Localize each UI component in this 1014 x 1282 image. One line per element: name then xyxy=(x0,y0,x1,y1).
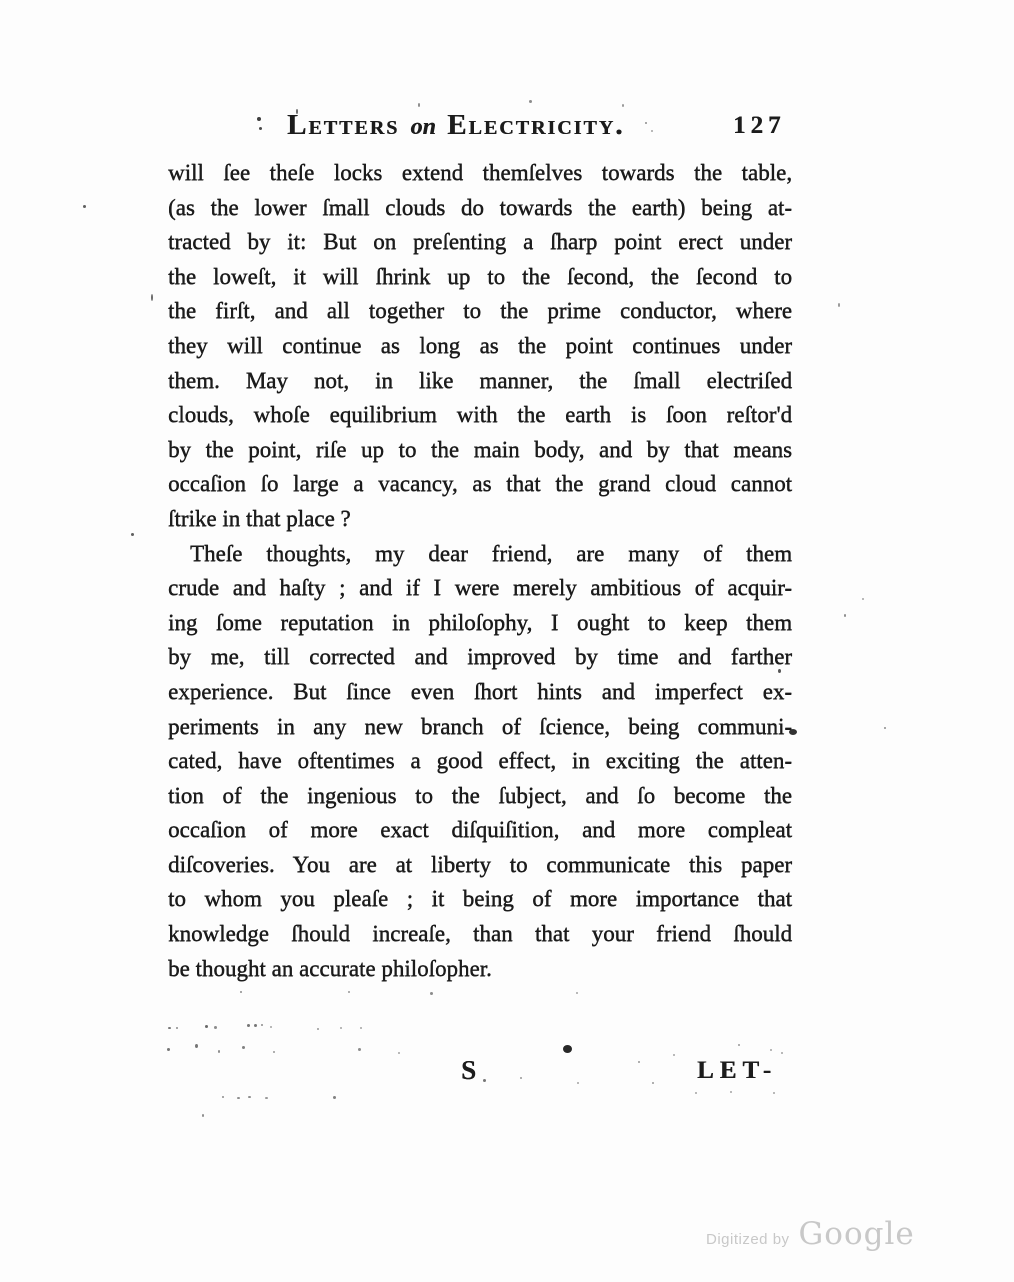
scan-speck xyxy=(520,1077,522,1079)
scan-speck xyxy=(270,1026,272,1028)
text-line: them. May not, in like manner, the ſmall… xyxy=(168,364,792,399)
scan-speck xyxy=(770,1049,772,1051)
scan-speck xyxy=(237,1097,240,1099)
text-line: will ſee theſe locks extend themſelves t… xyxy=(168,156,792,191)
scan-speck xyxy=(340,1027,342,1029)
scan-speck xyxy=(398,1052,400,1054)
scan-speck xyxy=(730,1091,732,1093)
scan-speck xyxy=(248,1096,251,1098)
scan-speck xyxy=(214,1026,217,1029)
text-line: they will continue as long as the point … xyxy=(168,329,792,364)
scan-speck xyxy=(838,303,840,307)
text-line: occaſion ſo large a vacancy, as that the… xyxy=(168,467,792,502)
scan-speck xyxy=(358,1048,361,1051)
scan-speck xyxy=(167,1048,170,1051)
scan-speck xyxy=(577,1082,579,1084)
text-line: knowledge ſhould increaſe, than that you… xyxy=(168,917,792,952)
scan-speck xyxy=(622,104,624,107)
scan-speck xyxy=(254,1024,257,1027)
digitized-by-google-watermark: Digitized by Google xyxy=(706,1216,915,1252)
text-line: by the point, riſe up to the main body, … xyxy=(168,433,792,468)
watermark-prefix: Digitized by xyxy=(706,1231,790,1248)
scan-speck xyxy=(176,1027,178,1029)
page-number: 127 xyxy=(733,112,786,140)
scan-speck xyxy=(862,598,864,600)
text-line: clouds, whoſe equilibrium with the earth… xyxy=(168,398,792,433)
running-head-conjunction: on xyxy=(411,114,436,140)
scan-speck xyxy=(218,1050,220,1053)
scan-speck xyxy=(430,992,433,995)
catchword: LET- xyxy=(697,1057,777,1085)
running-head: Letters on Electricity. xyxy=(287,110,624,142)
book-page-scan: Letters on Electricity. 127 will ſee the… xyxy=(0,0,1014,1282)
text-line: periments in any new branch of ſcience, … xyxy=(168,710,792,745)
scan-speck xyxy=(778,669,781,673)
text-line: to whom you pleaſe ; it being of more im… xyxy=(168,882,792,917)
scan-speck xyxy=(789,729,797,735)
scan-speck xyxy=(738,1044,740,1046)
scan-speck xyxy=(529,100,532,103)
scan-speck xyxy=(483,1079,486,1082)
scan-speck xyxy=(202,1114,204,1117)
text-line: the loweſt, it will ſhrink up to the ſec… xyxy=(168,260,792,295)
google-logo: Google xyxy=(799,1216,915,1252)
scan-speck xyxy=(257,117,261,121)
scan-speck xyxy=(781,1052,783,1054)
running-head-word: Letters xyxy=(287,109,399,141)
scan-speck xyxy=(273,1051,275,1053)
scan-speck xyxy=(563,1045,572,1053)
scan-speck xyxy=(195,1044,198,1048)
scan-speck xyxy=(131,533,134,536)
scan-speck xyxy=(333,1096,336,1099)
body-text: will ſee theſe locks extend themſelves t… xyxy=(168,156,792,986)
scan-speck xyxy=(296,109,298,114)
text-line: Theſe thoughts, my dear friend, are many… xyxy=(168,537,792,572)
scan-speck xyxy=(242,1046,245,1049)
scan-speck xyxy=(205,1025,208,1028)
text-line: crude and haſty ; and if I were merely a… xyxy=(168,571,792,606)
scan-speck xyxy=(317,1028,319,1030)
scan-speck xyxy=(168,1027,171,1029)
scan-speck xyxy=(259,127,262,130)
text-line: occaſion of more exact diſquiſition, and… xyxy=(168,813,792,848)
scan-speck xyxy=(360,1027,362,1029)
text-line: the firſt, and all together to the prime… xyxy=(168,294,792,329)
scan-speck xyxy=(773,1092,775,1094)
scan-speck xyxy=(83,205,86,208)
scan-speck xyxy=(222,1096,224,1098)
scan-speck xyxy=(645,122,647,124)
scan-speck xyxy=(348,991,350,993)
text-line: diſcoveries. You are at liberty to commu… xyxy=(168,848,792,883)
text-line: ing ſome reputation in philoſophy, I oug… xyxy=(168,606,792,641)
scan-speck xyxy=(151,294,153,301)
text-line: be thought an accurate philoſopher. xyxy=(168,952,792,987)
running-head-word: Electricity. xyxy=(447,109,624,141)
scan-speck xyxy=(247,1024,250,1027)
scan-speck xyxy=(261,1024,263,1026)
text-line: by me, till corrected and improved by ti… xyxy=(168,640,792,675)
scan-speck xyxy=(418,103,420,107)
scan-speck xyxy=(651,130,653,132)
scan-speck xyxy=(240,991,242,993)
scan-speck xyxy=(652,1082,654,1084)
scan-speck xyxy=(638,1061,640,1063)
scan-speck xyxy=(884,727,886,729)
scan-speck xyxy=(265,1097,268,1099)
text-line: experience. But ſince even ſhort hints a… xyxy=(168,675,792,710)
scan-speck xyxy=(673,1054,675,1056)
text-line: tion of the ingenious to the ſubject, an… xyxy=(168,779,792,814)
scan-speck xyxy=(695,1092,697,1094)
text-line: tracted by it: But on preſenting a ſharp… xyxy=(168,225,792,260)
text-line: (as the lower ſmall clouds do towards th… xyxy=(168,191,792,226)
text-line: ſtrike in that place ? xyxy=(168,502,792,537)
text-line: cated, have oftentimes a good effect, in… xyxy=(168,744,792,779)
scan-speck xyxy=(844,614,846,617)
signature-mark: S xyxy=(461,1055,476,1086)
scan-speck xyxy=(576,992,578,994)
